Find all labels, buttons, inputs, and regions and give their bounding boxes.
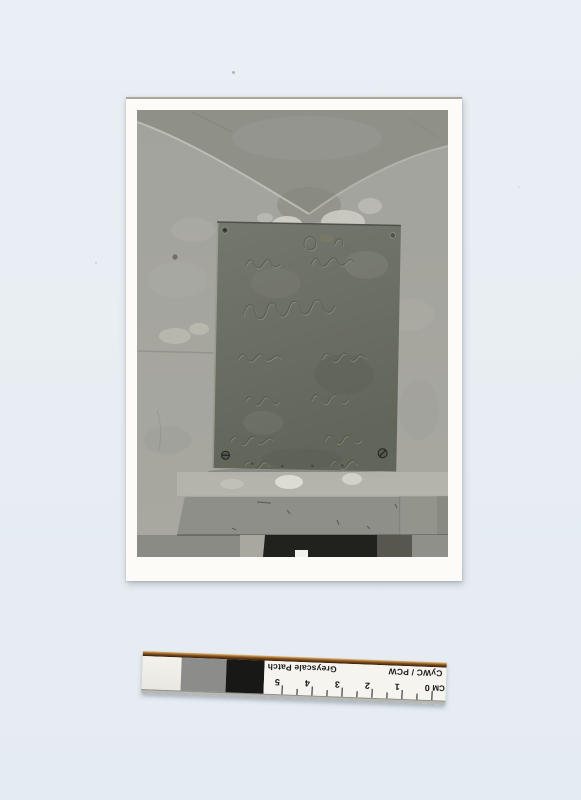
- ruler-tick-cm: [341, 688, 343, 697]
- ruler-tick-half-cm: [296, 689, 298, 695]
- ruler-maker-label: CyWC / PCW: [388, 666, 442, 678]
- ruler-tick-number: 0: [425, 683, 430, 693]
- arch-highlight: [232, 116, 382, 160]
- ruler-tick-cm: [371, 689, 373, 698]
- mortar-band: [177, 472, 448, 496]
- ruler-tick-number: 1: [395, 682, 400, 692]
- photograph: [137, 110, 448, 557]
- ruler-tick-cm: [311, 686, 313, 695]
- ruler-tick-half-cm: [386, 693, 388, 699]
- doorway-opening: [137, 535, 448, 557]
- ruler-tick-cm: [281, 685, 283, 694]
- ruler-tick-half-cm: [356, 692, 358, 698]
- ruler-scale: CM CyWC / PCW Greyscale Patch 012345: [263, 661, 446, 701]
- photo-print: [126, 97, 462, 581]
- ruler-tick-cm: [401, 690, 403, 699]
- greyscale-patch-black: [225, 659, 264, 693]
- dust-speck: [232, 71, 235, 74]
- dust-speck: [95, 262, 97, 264]
- photo-scene: [137, 110, 448, 557]
- ruler-tick-number: 4: [305, 678, 310, 688]
- overexposed-notch: [295, 550, 308, 557]
- greyscale-patch-white: [142, 656, 182, 690]
- dust-speck: [518, 186, 520, 188]
- ruler-tick-number: 3: [335, 679, 340, 689]
- ruler-tick-number: 2: [365, 681, 370, 691]
- ruler-tick-number: 5: [275, 677, 280, 687]
- ruler-tick-half-cm: [416, 694, 418, 700]
- scanner-bed: CM CyWC / PCW Greyscale Patch 012345: [0, 0, 581, 800]
- ruler-tick-cm: [431, 691, 433, 700]
- ruler-tick-half-cm: [326, 691, 328, 697]
- ruler-type-label: Greyscale Patch: [267, 662, 336, 675]
- greyscale-ruler: CM CyWC / PCW Greyscale Patch 012345: [141, 651, 446, 705]
- greyscale-patch-grey: [181, 657, 227, 692]
- memorial-plaque: [208, 222, 405, 481]
- ruler-unit-label: CM: [432, 683, 445, 692]
- ruler-scale-ticks: CM CyWC / PCW Greyscale Patch 012345: [263, 661, 446, 701]
